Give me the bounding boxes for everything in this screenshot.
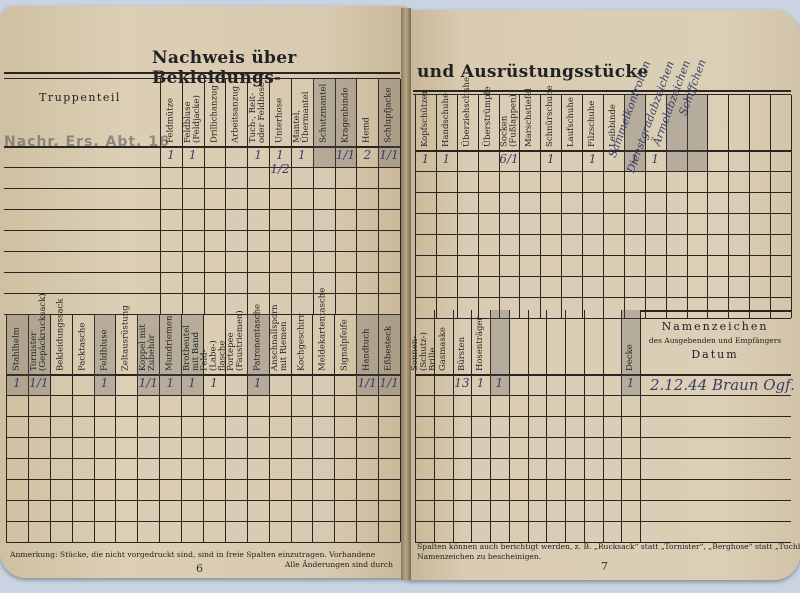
- column-header: [729, 98, 748, 147]
- column-header: Feld- (Labe-) flasche: [204, 317, 224, 371]
- column-header: Unterhose: [270, 82, 290, 143]
- column-header: Kochgeschirr: [292, 317, 312, 371]
- right-footnote-line1: Spalten können auch berichtigt werden, z…: [417, 542, 800, 551]
- column-header: Meldekartentasche: [313, 317, 333, 371]
- column-header: Stahlhelm: [7, 317, 27, 371]
- item-count: 1: [182, 148, 204, 162]
- column-header: Decke: [622, 313, 639, 371]
- item-count: 1: [621, 376, 640, 390]
- column-header: Hosenträger: [472, 313, 489, 371]
- row-line: [4, 230, 400, 231]
- column-header: Koppel mit Zubehör: [138, 317, 158, 371]
- column-header: Patronentasche: [248, 317, 268, 371]
- signature-header-line1: Namenzeichen: [640, 320, 790, 333]
- item-count: 6/1: [499, 152, 520, 166]
- column-header: Socken (Fußlappen): [500, 98, 519, 147]
- item-count: 1: [94, 376, 116, 390]
- column-header: Drillichanzug: [205, 82, 225, 143]
- row-line: [640, 500, 791, 501]
- row-line: [4, 167, 400, 168]
- column-header: [708, 98, 727, 147]
- left-page: Nachweis über Bekleidungs- Truppenteil N…: [0, 6, 407, 578]
- item-count: 1: [490, 376, 509, 390]
- item-count: 1: [645, 152, 666, 166]
- signature-header: Namenzeichen des Ausgebenden und Empfäng…: [640, 320, 790, 361]
- column-header: Filzschuhe: [583, 98, 602, 147]
- column-header: Hemd: [357, 82, 377, 143]
- column-header: Gasmaske: [435, 313, 452, 371]
- column-header: Überziehschuhe: [458, 98, 477, 147]
- row-line: [4, 188, 400, 189]
- column-header: Eßbesteck: [379, 317, 399, 371]
- item-count: 1: [540, 152, 561, 166]
- column-header: [510, 313, 527, 371]
- right-footnote-line2: Namenzeichen zu bescheinigen.: [417, 552, 541, 561]
- column-header: Bürsten: [454, 313, 471, 371]
- page-number-left: 6: [196, 562, 203, 575]
- row-line: [6, 542, 400, 543]
- item-count: 1/1: [28, 376, 50, 390]
- column-header: Sonnen- (Schutz-) Brille: [416, 313, 433, 371]
- column-header: Mantel, Übermantel: [292, 82, 312, 143]
- column-header: [491, 313, 508, 371]
- column-header: Handtuch: [357, 317, 377, 371]
- column-header: Handschuhe: [437, 98, 456, 147]
- column-header: Feldbluse (Feldjacke): [183, 82, 203, 143]
- signature-header-line3: Datum: [640, 348, 790, 361]
- column-header: Anschnallsporn mit Riemen: [270, 317, 290, 371]
- truppenteil-label: Truppenteil: [0, 91, 160, 104]
- item-count: 1: [203, 376, 225, 390]
- item-count: 1: [471, 376, 490, 390]
- column-header: [585, 313, 602, 371]
- column-header: [771, 98, 790, 147]
- right-page: und Ausrüstungsstücke Kopfschützer1Hands…: [405, 10, 800, 580]
- row-line: [4, 272, 400, 273]
- book-spine: [401, 8, 411, 580]
- column-header: [529, 313, 546, 371]
- column-header: Tornister (Gepäckrucksack): [29, 317, 49, 371]
- item-count: 1: [436, 152, 457, 166]
- signature-header-line2: des Ausgebenden und Empfängers: [640, 336, 790, 345]
- column-header: Arbeitsanzug: [226, 82, 246, 143]
- column-header: [566, 313, 583, 371]
- item-count: 1: [582, 152, 603, 166]
- column-header: [750, 98, 769, 147]
- row-line: [640, 437, 791, 438]
- item-count: 1/1: [335, 148, 357, 162]
- item-count: 1/1: [378, 148, 400, 162]
- column-header: Packtasche: [73, 317, 93, 371]
- row-line: [4, 293, 400, 294]
- item-count: 1: [159, 376, 181, 390]
- item-count: 13: [453, 376, 472, 390]
- row-line: [640, 479, 791, 480]
- column-header: Zeltausrüstung: [116, 317, 136, 371]
- column-header: Kragenbinde: [336, 82, 356, 143]
- item-count: 1: [247, 376, 269, 390]
- column-header: Marschstiefel: [520, 98, 539, 147]
- column-line: [791, 95, 792, 318]
- item-count: 1 1/2: [269, 148, 291, 176]
- column-header: Feldbluse: [95, 317, 115, 371]
- row-line: [640, 521, 791, 522]
- column-header: [604, 313, 621, 371]
- item-count: 1/1: [356, 376, 378, 390]
- row-line: [4, 251, 400, 252]
- column-header: Kopfschützer: [416, 98, 435, 147]
- column-header: Schutzmantel: [314, 82, 334, 143]
- rule: [4, 72, 400, 74]
- row-line: [640, 416, 791, 417]
- item-count: 1/1: [378, 376, 400, 390]
- column-header: Tuch-, Reit- oder Feldhose: [248, 82, 268, 143]
- item-count: 1: [160, 148, 182, 162]
- column-header: Überstrümpfe: [479, 98, 498, 147]
- column-header: Feldmütze: [161, 82, 181, 143]
- page-number-right: 7: [601, 560, 608, 573]
- item-count: 1/1: [137, 376, 159, 390]
- item-count: 2: [356, 148, 378, 162]
- column-header: Bekleidungssack: [51, 317, 71, 371]
- left-footnote-line1: Anmerkung: Stücke, die nicht vorgedruckt…: [10, 550, 375, 559]
- signature-entry: 2.12.44 Braun Ogf.: [650, 376, 795, 394]
- row-line: [4, 209, 400, 210]
- column-header: Portepee (Faustriemen): [226, 317, 246, 371]
- column-header: [547, 313, 564, 371]
- item-count: 1: [415, 152, 436, 166]
- column-header: Mundriemen: [160, 317, 180, 371]
- row-line: [640, 458, 791, 459]
- column-header: Schlupfjacke: [379, 82, 399, 143]
- item-count: 1: [181, 376, 203, 390]
- item-count: 1: [291, 148, 313, 162]
- column-header: Signalpfeife: [335, 317, 355, 371]
- rule: [640, 310, 791, 312]
- column-header: Laufschuhe: [562, 98, 581, 147]
- left-footnote-line2: Alle Änderungen sind durch: [285, 560, 393, 569]
- row-line: [640, 395, 791, 396]
- right-page-title: und Ausrüstungsstücke: [417, 62, 649, 82]
- item-count: 1: [247, 148, 269, 162]
- item-count: 1: [6, 376, 28, 390]
- column-header: Schnürschuhe: [541, 98, 560, 147]
